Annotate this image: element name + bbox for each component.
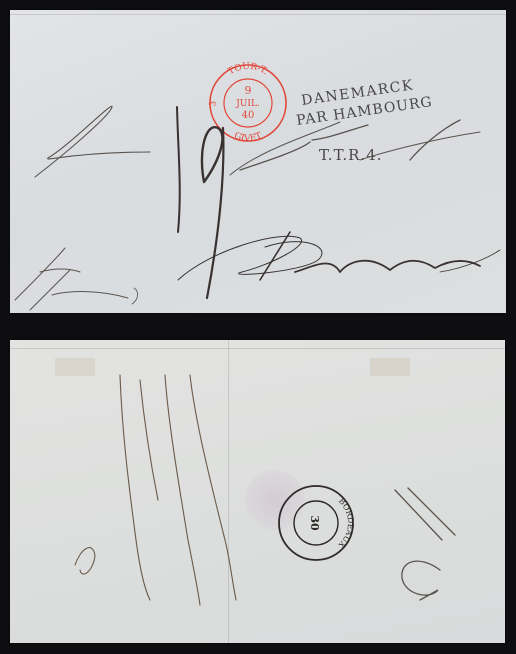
- receiving-postmark-date: 30: [308, 515, 321, 531]
- cachet-line-3: T.T.R.4.: [319, 146, 383, 164]
- endorsement-script: [15, 248, 138, 310]
- city-script: [178, 232, 500, 280]
- postmark-month: JUIL.: [235, 99, 260, 109]
- route-cachet: DANEMARCK PAR HAMBOURG T.T.R.4.: [295, 77, 433, 164]
- receiving-postmark-town: BORDEAUX: [337, 496, 356, 549]
- red-postmark: TOUR-T. GIVET 3 9 JUIL. 40: [208, 62, 286, 144]
- back-markings: BORDEAUX 30: [10, 340, 505, 643]
- manuscript-rate: [177, 107, 223, 298]
- docket-script: [75, 375, 236, 605]
- postmark-year: 40: [242, 110, 255, 121]
- receiving-postmark: BORDEAUX 30: [279, 486, 355, 560]
- postmark-bottom-text: GIVET: [232, 131, 263, 144]
- front-markings: TOUR-T. GIVET 3 9 JUIL. 40 DANEMARCK PAR…: [10, 10, 506, 313]
- letter-back: BORDEAUX 30 Gand's Otto Sohn Hamburg 20 …: [10, 340, 505, 643]
- postmark-left-text: 3: [208, 100, 219, 108]
- salutation-script: [35, 106, 150, 177]
- letter-front: TOUR-T. GIVET 3 9 JUIL. 40 DANEMARCK PAR…: [10, 10, 506, 313]
- postmark-day: 9: [245, 84, 252, 97]
- postmark-top-text: TOUR-T.: [227, 62, 270, 77]
- back-rate-marking: [395, 488, 455, 600]
